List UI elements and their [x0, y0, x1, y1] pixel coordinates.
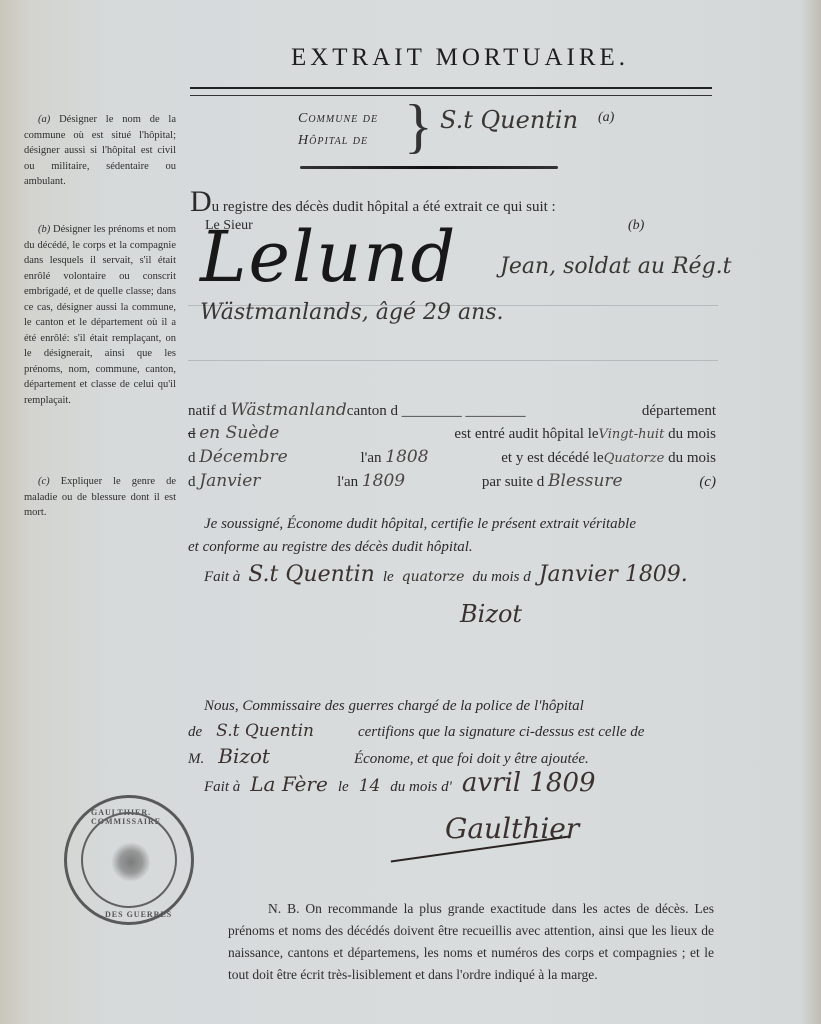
- certification-month-year: Janvier 1809.: [539, 562, 688, 587]
- commissaire-line1: Nous, Commissaire des guerres chargé de …: [204, 698, 584, 715]
- entree-year: 1808: [385, 447, 428, 467]
- natif-label: natif d: [188, 403, 227, 419]
- departement-label: département: [642, 403, 716, 420]
- margin-note-c: (c) Expliquer le genre de maladie ou de …: [24, 474, 176, 521]
- entree-month-prefix: d: [188, 450, 196, 466]
- commissaire-row3: M. Bizot Économe, et que foi doit y être…: [188, 744, 589, 768]
- econome-signature: Bizot: [460, 600, 522, 628]
- commissaire-hospital: S.t Quentin: [216, 721, 314, 741]
- row-natif: natif d Wästmanlandcanton d ________ ___…: [188, 400, 716, 420]
- ornamental-rule: [300, 166, 558, 169]
- deceased-regiment-age: Wästmanlands, âgé 29 ans.: [200, 300, 504, 325]
- margin-note-a-ref: (a): [38, 114, 50, 125]
- official-seal-stamp: GAULTHIER. COMMISSAIRE DES GUERRES: [64, 795, 194, 925]
- m-label: M.: [188, 751, 204, 768]
- margin-note-b-ref: (b): [38, 224, 50, 235]
- commune-hopital-labels: Commune de Hôpital de: [298, 108, 378, 152]
- margin-note-b: (b) Désigner les prénoms et nom du décéd…: [24, 222, 176, 408]
- hopital-label: Hôpital de: [298, 130, 378, 152]
- commune-value-handwritten: S.t Quentin: [440, 106, 578, 134]
- deces-month: Janvier: [199, 471, 260, 491]
- intro-dropcap: D: [190, 185, 212, 218]
- fait-a-label: Fait à: [204, 569, 240, 586]
- entree-label: est entré audit hôpital le: [454, 426, 598, 442]
- deceased-surname: Lelund: [200, 216, 457, 298]
- row-entree: d en Suède est entré audit hôpital leVin…: [188, 423, 716, 443]
- commissaire-fait-a-row: Fait à La Fère le 14 du mois d' avril 18…: [204, 768, 596, 798]
- certification-fait-a-row: Fait à S.t Quentin le quatorze du mois d…: [204, 562, 724, 587]
- deceased-first-name-regiment: Jean, soldat au Rég.t: [500, 254, 732, 279]
- certification-place: S.t Quentin: [248, 562, 375, 587]
- certification-line1: Je soussigné, Économe dudit hôpital, cer…: [204, 516, 636, 533]
- margin-note-c-ref: (c): [38, 476, 50, 487]
- de-label: de: [188, 724, 202, 741]
- le-label-2: le: [338, 779, 349, 796]
- du-mois-label-2: du mois: [668, 450, 716, 466]
- lan-label-2: l'an: [337, 474, 358, 490]
- eagle-icon: [111, 842, 151, 882]
- par-suite-label: par suite d: [482, 474, 544, 490]
- record-intro: Du registre des décès dudit hôpital a ét…: [190, 190, 556, 216]
- nota-bene: N. B. On recommande la plus grande exact…: [228, 898, 714, 986]
- intro-text: u registre des décès dudit hôpital a été…: [212, 199, 556, 215]
- entree-month: Décembre: [199, 447, 287, 467]
- commissaire-place: La Fère: [250, 772, 328, 796]
- le-label: le: [383, 569, 394, 586]
- curly-brace: }: [404, 96, 433, 156]
- certification-day: quatorze: [402, 569, 465, 585]
- natif-value: Wästmanland: [231, 400, 347, 420]
- dept-value: en Suède: [199, 423, 279, 443]
- note-ref-a: (a): [598, 110, 614, 126]
- deces-label: et y est décédé le: [501, 450, 603, 466]
- note-ref-b: (b): [628, 218, 644, 234]
- deces-month-prefix: d: [188, 474, 196, 490]
- deces-year: 1809: [362, 471, 405, 491]
- margin-note-a: (a) Désigner le nom de la commune où est…: [24, 112, 176, 190]
- stamp-text-bottom: DES GUERRES: [105, 910, 172, 919]
- row-deces-month: d Janvier l'an 1809 par suite d Blessure…: [188, 471, 716, 491]
- fait-a-label-2: Fait à: [204, 779, 240, 796]
- margin-note-b-text: Désigner les prénoms et nom du décédé, l…: [24, 224, 176, 406]
- stamp-inner-ring: [81, 812, 177, 908]
- title-double-rule: [190, 87, 712, 96]
- entree-day: Vingt-huit: [599, 427, 665, 442]
- commissaire-row2: de S.t Quentin certifions que la signatu…: [188, 721, 644, 741]
- du-mois-label-3: du mois d: [472, 569, 530, 586]
- ruled-line: [188, 360, 718, 361]
- commissaire-signature: Gaulthier: [445, 812, 579, 845]
- deces-day: Quatorze: [604, 451, 665, 466]
- du-mois-label: du mois: [668, 426, 716, 442]
- cause-of-death: Blessure: [548, 471, 623, 491]
- certification-line2: et conforme au registre des décès dudit …: [188, 539, 473, 556]
- lan-label: l'an: [360, 450, 381, 466]
- document-title: EXTRAIT MORTUAIRE.: [190, 44, 730, 72]
- commissaire-month-year: avril 1809: [462, 768, 596, 798]
- canton-blank: ________ ________: [402, 403, 526, 419]
- du-mois-label-4: du mois d': [390, 779, 452, 796]
- dept-prefix: d: [188, 426, 196, 442]
- econome-name: Bizot: [218, 744, 270, 768]
- note-ref-c: (c): [699, 474, 716, 491]
- canton-label: canton d: [347, 403, 398, 419]
- row-entree-month: d Décembre l'an 1808 et y est décédé leQ…: [188, 447, 716, 467]
- commune-label: Commune de: [298, 108, 378, 130]
- commissaire-line2: certifions que la signature ci-dessus es…: [358, 724, 644, 741]
- commissaire-line3: Économe, et que foi doit y être ajoutée.: [354, 751, 589, 768]
- commissaire-day: 14: [359, 776, 381, 796]
